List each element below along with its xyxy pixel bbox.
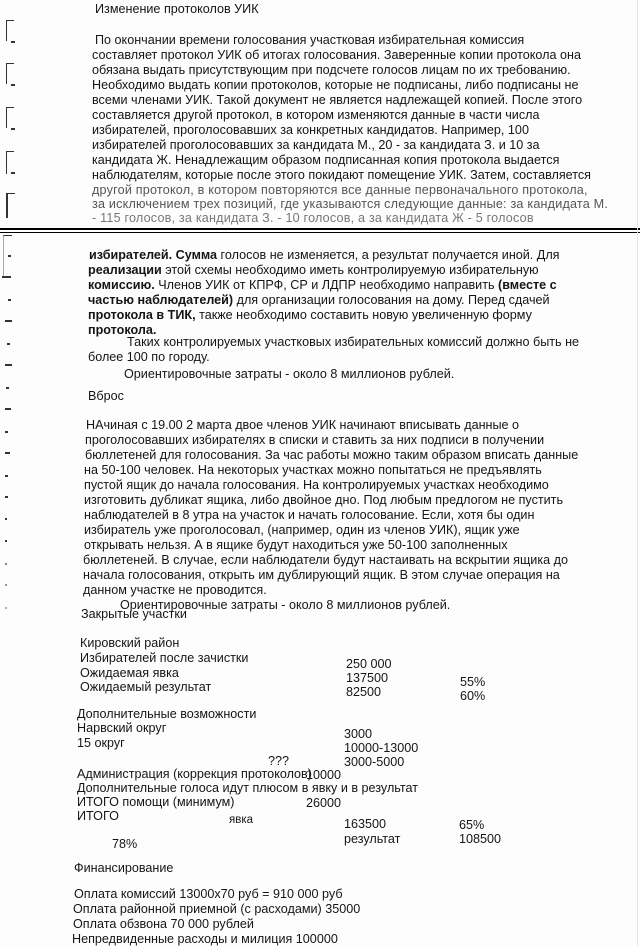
margin-tick <box>5 496 8 498</box>
paragraph-line: наблюдателей в 8 утра на участок и начат… <box>84 508 534 523</box>
section-title-financing: Финансирование <box>74 861 173 876</box>
paragraph-line: кандидата Ж. Ненадлежащим образом подпис… <box>92 153 559 168</box>
row-label: Администрация (коррекция протоколов) <box>77 767 312 782</box>
paragraph-line: пустой ящик до начала голосования. На ко… <box>84 478 549 493</box>
paragraph-line: данном участке не проводится. <box>83 583 267 598</box>
paragraph-line: изготовить дубликат ящика, либо двойное … <box>84 493 563 508</box>
paragraph-line: Необходимо выдать копии протоколов, кото… <box>92 78 578 93</box>
binder-mark-dot <box>11 128 15 130</box>
paragraph-line: избирателей, проголосовавших за конкретн… <box>92 123 529 138</box>
binder-mark <box>6 151 14 174</box>
section-title-closed-precincts: Закрытые участки <box>81 607 187 622</box>
margin-tick <box>5 320 12 322</box>
row-value: 250 000 <box>346 657 392 672</box>
note-line: Дополнительные голоса идут плюсом в явку… <box>77 781 418 796</box>
binder-mark <box>6 20 14 41</box>
text-fragment: для организации голосования на дому. Пер… <box>237 293 550 307</box>
margin-tick <box>5 584 7 586</box>
margin-tick <box>5 408 11 410</box>
margin-tick <box>6 387 9 389</box>
finance-line: Оплата комиссий 13000х70 руб = 910 000 р… <box>74 887 343 902</box>
row-label: Ожидаемый результат <box>80 680 211 695</box>
result-value: 108500 <box>459 832 501 847</box>
row-value: 26000 <box>306 796 341 811</box>
paragraph-line-faded: другой протокол, в котором повторяются в… <box>92 183 588 198</box>
bold-fragment: комиссию. <box>88 278 155 292</box>
row-value: 3000-5000 <box>344 755 404 770</box>
paragraph-line: всеми членами УИК. Такой документ не явл… <box>92 93 582 108</box>
margin-tick <box>5 540 7 542</box>
bold-fragment: (вместе с <box>498 278 557 292</box>
paragraph-line: бюллетеней для голосования. За час работ… <box>85 448 578 463</box>
binder-mark <box>6 107 14 128</box>
paragraph-line: на 50-100 человек. На некоторых участках… <box>84 463 542 478</box>
paragraph-line: более 100 по городу. <box>88 350 210 365</box>
paragraph-line: обязана выдать присутствующим при подсче… <box>92 63 571 78</box>
binder-mark <box>6 63 14 84</box>
margin-tick <box>5 364 12 366</box>
margin-tick <box>5 475 8 477</box>
total-label: ИТОГО <box>77 809 119 824</box>
binder-mark <box>6 193 15 218</box>
paragraph-line-faded: за исключением трех позиций, где указыва… <box>92 197 608 212</box>
paragraph-line: составляется другой протокол, в котором … <box>92 108 539 123</box>
binder-mark-dot <box>11 172 15 174</box>
margin-tick <box>7 343 10 345</box>
margin-tick <box>5 563 7 565</box>
paragraph-line: избиратель уже проголосовал, (например, … <box>84 523 520 538</box>
scan-edge-line <box>637 0 638 946</box>
paragraph-line: По окончании времени голосования участко… <box>95 33 524 48</box>
paragraph-line-faded: - 115 голосов, за кандидата З. - 10 голо… <box>92 211 534 226</box>
margin-tick <box>2 276 11 278</box>
row-label: ИТОГО помощи (минимум) <box>77 795 234 810</box>
margin-tick <box>5 607 7 609</box>
scanned-page-bottom: избирателей. Сумма голосов не изменяется… <box>0 233 640 946</box>
row-label: Нарвский округ <box>77 721 166 736</box>
binder-mark-dot <box>11 41 15 43</box>
finance-line: Оплата районной приемной (с расходами) 3… <box>73 902 360 917</box>
paragraph-line: избирателей проголосовавших за кандидата… <box>92 138 540 153</box>
cost-estimate: Ориентировочные затраты - около 8 миллио… <box>124 367 454 382</box>
row-value: 10000-13000 <box>344 741 418 756</box>
row-percent: 60% <box>460 689 485 704</box>
page-divider-line <box>0 228 640 230</box>
turnout-label: явка <box>229 813 253 828</box>
paragraph-line: реализации этой схемы необходимо иметь к… <box>88 263 539 278</box>
paragraph-line: частью наблюдателей) для организации гол… <box>88 293 550 308</box>
binder-mark-dot <box>11 84 15 86</box>
section-title-extra: Дополнительные возможности <box>77 707 256 722</box>
margin-tick <box>5 431 8 433</box>
bold-fragment: протокола в ТИК, <box>88 308 196 322</box>
row-label: Избирателей после зачистки <box>80 651 248 666</box>
section-title-protocol-change: Изменение протоколов УИК <box>95 2 259 17</box>
margin-tick <box>5 518 7 520</box>
district-name: Кировский район <box>80 636 179 651</box>
row-value: 82500 <box>346 685 381 700</box>
paragraph-line: комиссию. Членов УИК от КПРФ, СР и ЛДПР … <box>88 278 557 293</box>
result-percent: 78% <box>112 837 137 852</box>
paragraph-line: избирателей. Сумма голосов не изменяется… <box>89 248 560 263</box>
paragraph-line: начала голосования, открыть им дублирующ… <box>83 568 560 583</box>
row-percent: 55% <box>460 675 485 690</box>
finance-line: Непредвиденные расходы и милиция 100000 <box>72 932 338 946</box>
row-value: 137500 <box>346 671 388 686</box>
paragraph-line: проголосовавших избирателях в списки и с… <box>85 433 544 448</box>
bold-fragment: реализации <box>88 263 162 277</box>
result-label: результат <box>344 832 400 847</box>
paragraph-line: НАчиная с 19.00 2 марта двое членов УИК … <box>86 418 519 433</box>
row-value: 3000 <box>344 727 372 742</box>
paragraph-line: составляет протокол УИК об итогах голосо… <box>92 48 581 63</box>
turnout-value: 163500 <box>344 817 386 832</box>
turnout-percent: 65% <box>459 818 484 833</box>
margin-tick <box>8 299 11 301</box>
margin-tick <box>8 255 11 257</box>
paragraph-line: Таких контролируемых участковых избирате… <box>127 335 579 350</box>
row-label: Ожидаемая явка <box>80 666 179 681</box>
paragraph-line: открывать нельзя. А в ящике будут находи… <box>84 538 508 553</box>
paragraph-line: наблюдателям, которые после этого покида… <box>92 168 591 183</box>
margin-tick <box>5 452 10 454</box>
row-label: 15 округ <box>77 736 125 751</box>
bold-fragment: избирателей. Сумма <box>89 248 217 262</box>
finance-line: Оплата обзвона 70 000 рублей <box>73 917 254 932</box>
paragraph-line: протокола в ТИК, также необходимо состав… <box>88 308 532 323</box>
paragraph-line: бюллетеней. В случае, если наблюдатели б… <box>83 553 568 568</box>
scanned-page-top: Изменение протоколов УИК По окончании вр… <box>0 0 640 229</box>
section-title-vbros: Вброс <box>88 389 124 404</box>
